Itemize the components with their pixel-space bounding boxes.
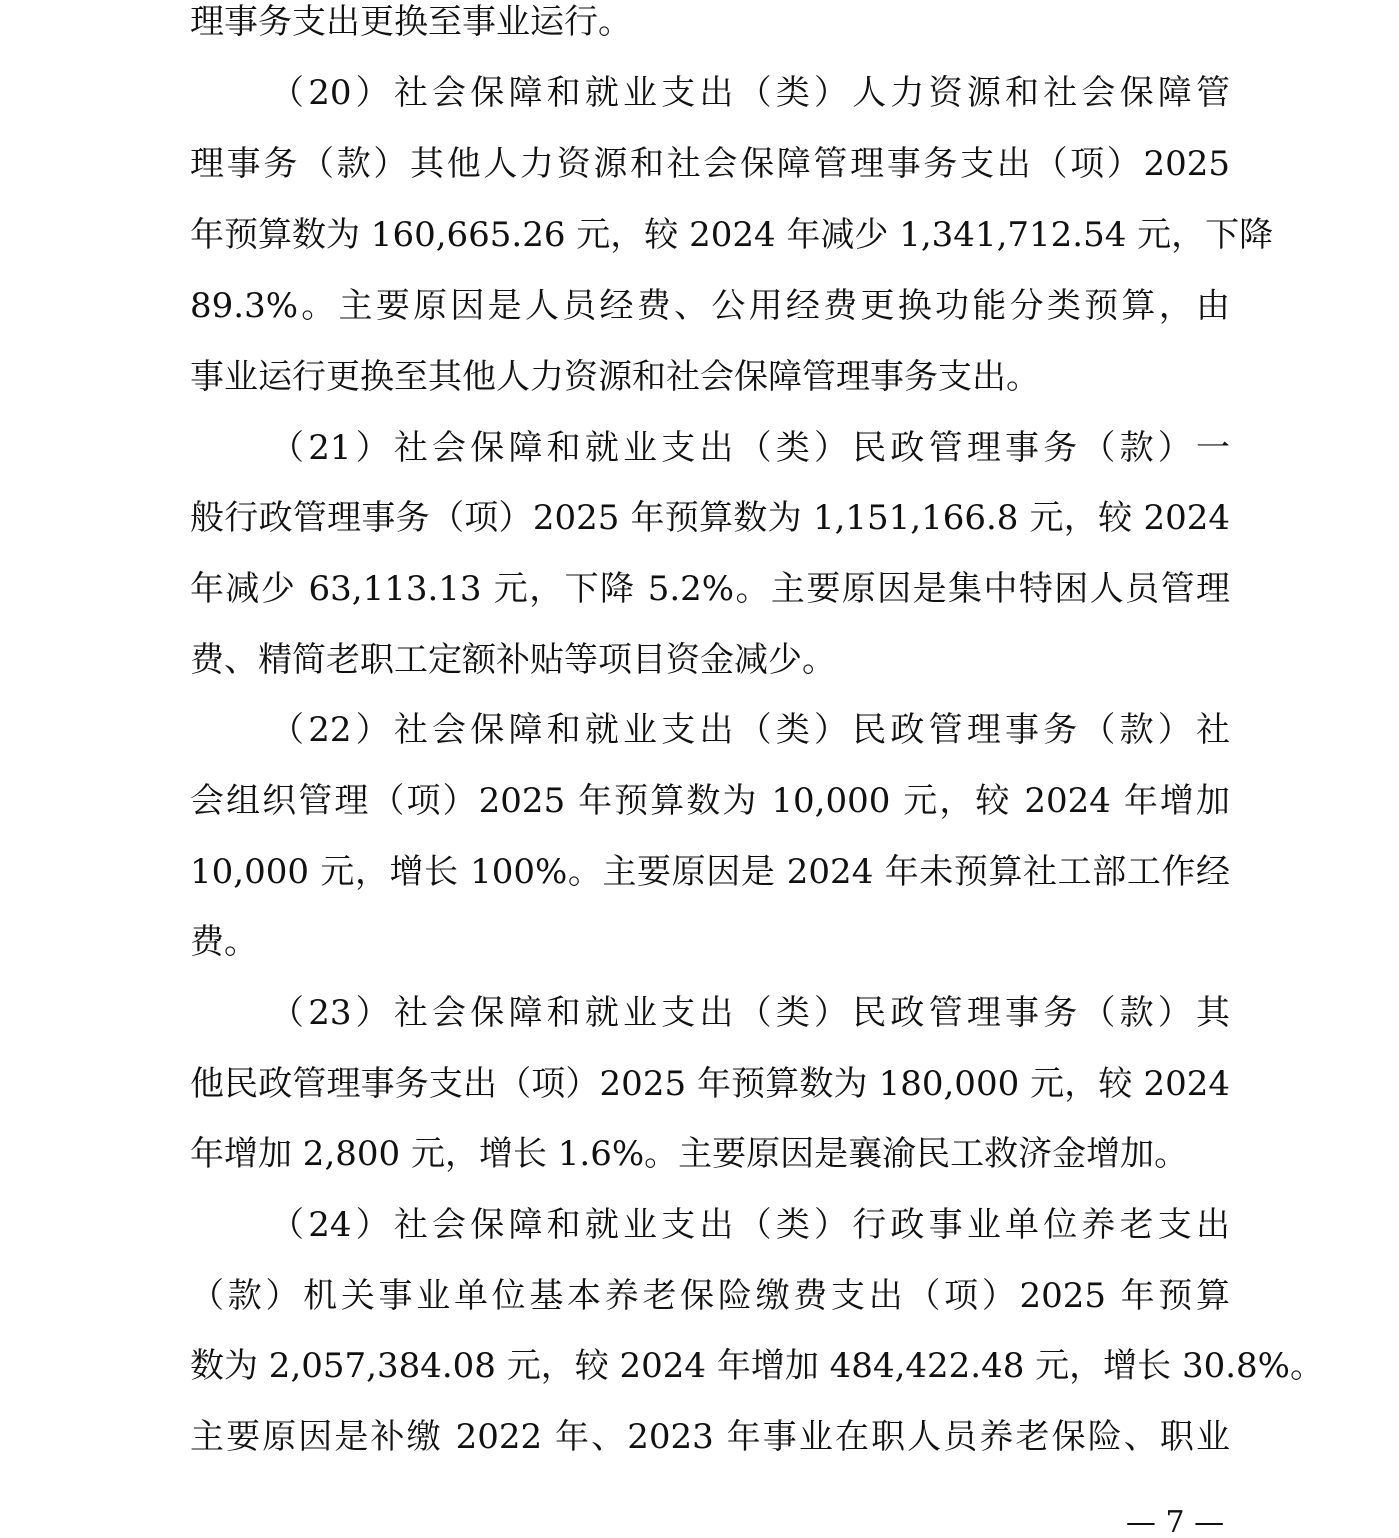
paragraph-line: 年增加 2,800 元，增长 1.6%。主要原因是襄渝民工救济金增加。 — [190, 1124, 1230, 1184]
paragraph-line: （22）社会保障和就业支出（类）民政管理事务（款）社 — [270, 700, 1230, 760]
paragraph-line: （款）机关事业单位基本养老保险缴费支出（项）2025 年预算 — [190, 1266, 1230, 1326]
paragraph-line: （24）社会保障和就业支出（类）行政事业单位养老支出 — [270, 1195, 1230, 1255]
paragraph-line: 会组织管理（项）2025 年预算数为 10,000 元，较 2024 年增加 — [190, 771, 1230, 831]
paragraph-line: 主要原因是补缴 2022 年、2023 年事业在职人员养老保险、职业 — [190, 1407, 1230, 1467]
paragraph-line: 理事务支出更换至事业运行。 — [190, 0, 1230, 52]
paragraph-line: 数为 2,057,384.08 元，较 2024 年增加 484,422.48 … — [190, 1336, 1230, 1396]
paragraph-line: 费、精简老职工定额补贴等项目资金减少。 — [190, 630, 1230, 690]
paragraph-line: （23）社会保障和就业支出（类）民政管理事务（款）其 — [270, 983, 1230, 1043]
paragraph-line: 10,000 元，增长 100%。主要原因是 2024 年未预算社工部工作经 — [190, 842, 1230, 902]
paragraph-line: （21）社会保障和就业支出（类）民政管理事务（款）一 — [270, 418, 1230, 478]
paragraph-line: 89.3%。主要原因是人员经费、公用经费更换功能分类预算，由 — [190, 276, 1230, 336]
paragraph-line: 年预算数为 160,665.26 元，较 2024 年减少 1,341,712.… — [190, 205, 1230, 265]
paragraph-line: 理事务（款）其他人力资源和社会保障管理事务支出（项）2025 — [190, 134, 1230, 194]
paragraph-line: （20）社会保障和就业支出（类）人力资源和社会保障管 — [270, 63, 1230, 123]
page-number: — 7 — — [1120, 1508, 1230, 1538]
paragraph-line: 般行政管理事务（项）2025 年预算数为 1,151,166.8 元，较 202… — [190, 488, 1230, 548]
paragraph-line: 他民政管理事务支出（项）2025 年预算数为 180,000 元，较 2024 — [190, 1054, 1230, 1114]
paragraph-line: 费。 — [190, 912, 1230, 972]
paragraph-line: 年减少 63,113.13 元，下降 5.2%。主要原因是集中特困人员管理 — [190, 559, 1230, 619]
paragraph-line: 事业运行更换至其他人力资源和社会保障管理事务支出。 — [190, 347, 1230, 407]
